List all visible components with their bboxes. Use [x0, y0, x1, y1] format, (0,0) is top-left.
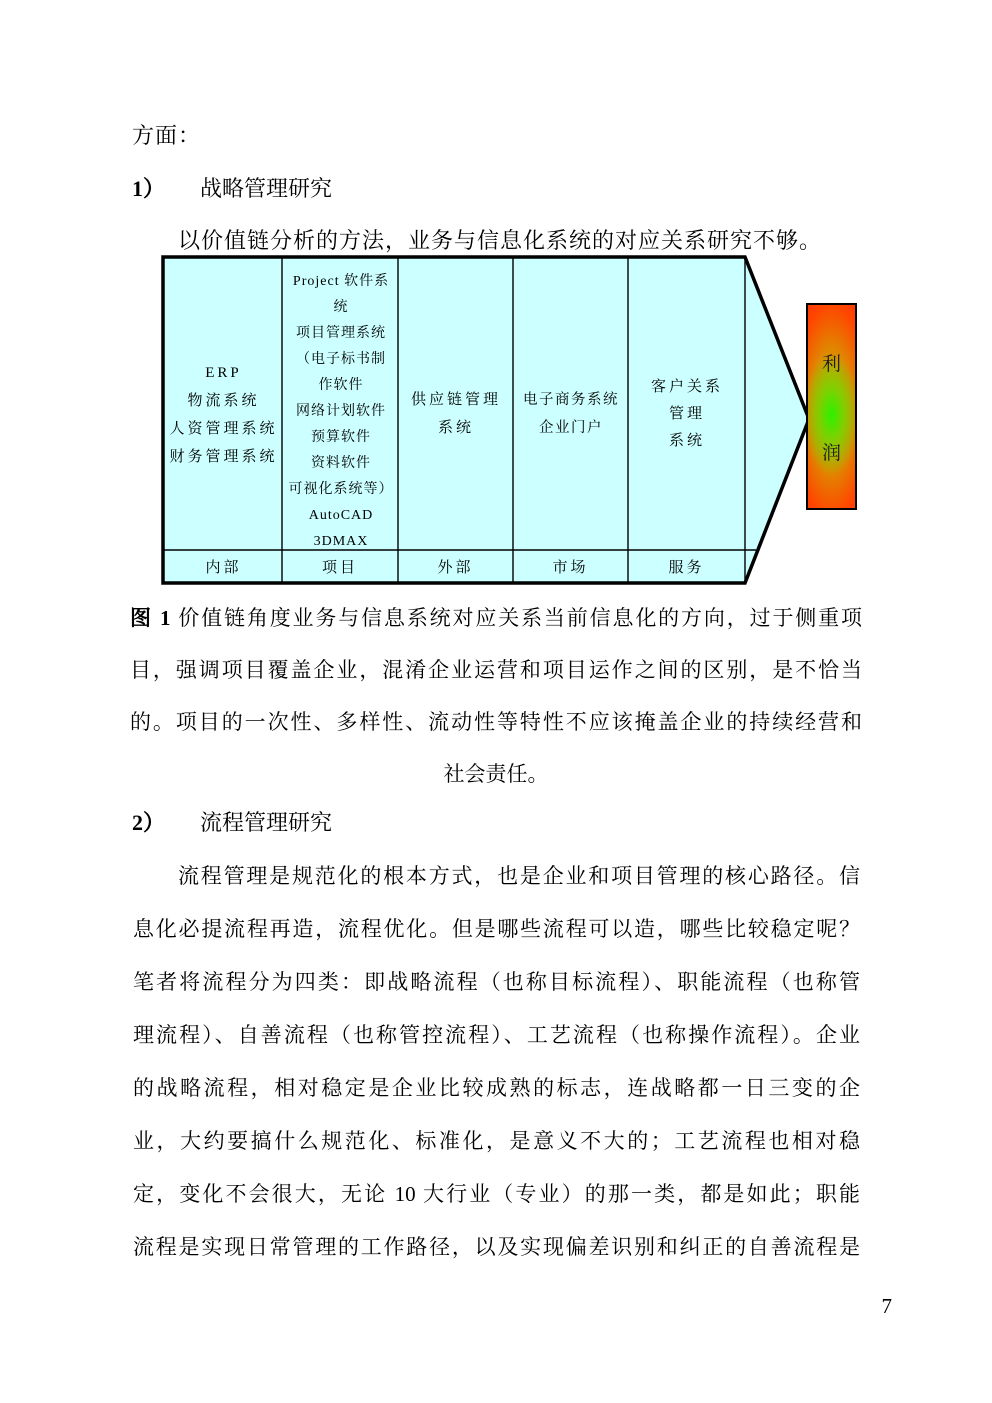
paragraph-line: 流程是实现日常管理的工作路径，以及实现偏差识别和纠正的自善流程是	[133, 1221, 860, 1274]
caption-line-2: 目，强调项目覆盖企业，混淆企业运营和项目运作之间的区别，是不恰当	[130, 644, 862, 696]
lead-text: 方面：	[132, 121, 201, 151]
profit-char-2: 润	[822, 438, 841, 465]
footer-label-internal: 内部	[165, 554, 282, 582]
cell-crm-system: 客户关系 管理 系统	[630, 374, 744, 455]
section2-paragraph: 流程管理是规范化的根本方式，也是企业和项目管理的核心路径。信 息化必提流程再造，…	[133, 850, 860, 1274]
figure-caption: 图 1价值链角度业务与信息系统对应关系当前信息化的方向，过于侧重项 目，强调项目…	[130, 592, 862, 800]
paragraph-line: 业，大约要搞什么规范化、标准化，是意义不大的；工艺流程也相对稳	[133, 1115, 860, 1168]
section1-title: 战略管理研究	[200, 176, 332, 201]
cell-ecommerce-system: 电子商务系统 企业门户	[515, 386, 627, 442]
cell-project-systems: Project 软件系 统 项目管理系统 （电子标书制 作软件 网络计划软件 预…	[285, 269, 397, 555]
footer-label-market: 市场	[513, 554, 628, 582]
caption-line-4: 社会责任。	[130, 748, 862, 800]
footer-label-project: 项目	[282, 554, 398, 582]
footer-label-external: 外部	[398, 554, 513, 582]
value-chain-figure: ERP 物流系统 人资管理系统 财务管理系统 Project 软件系 统 项目管…	[0, 254, 992, 594]
profit-char-1: 利	[822, 349, 841, 376]
cell-supply-chain-system: 供应链管理 系统	[400, 386, 512, 442]
page-number: 7	[882, 1294, 893, 1319]
document-page: 方面： 1）战略管理研究 以价值链分析的方法，业务与信息化系统的对应关系研究不够…	[0, 0, 992, 1403]
section2-title: 流程管理研究	[200, 810, 332, 835]
caption-line-1-text: 价值链角度业务与信息系统对应关系当前信息化的方向，过于侧重项	[176, 606, 862, 630]
caption-line-3: 的。项目的一次性、多样性、流动性等特性不应该掩盖企业的持续经营和	[130, 696, 862, 748]
caption-figure-label: 图 1	[130, 606, 170, 630]
paragraph-line: 定，变化不会很大，无论 10 大行业（专业）的那一类，都是如此；职能	[133, 1168, 860, 1221]
paragraph-line: 息化必提流程再造，流程优化。但是哪些流程可以造，哪些比较稳定呢？	[133, 903, 860, 956]
paragraph-line: 理流程）、自善流程（也称管控流程）、工艺流程（也称操作流程）。企业	[133, 1009, 860, 1062]
section1-intro: 以价值链分析的方法，业务与信息化系统的对应关系研究不够。	[133, 226, 873, 256]
paragraph-line: 流程管理是规范化的根本方式，也是企业和项目管理的核心路径。信	[133, 850, 860, 903]
section2-number: 2）	[132, 808, 200, 838]
section2-heading: 2）流程管理研究	[132, 808, 332, 838]
section1-heading: 1）战略管理研究	[132, 174, 332, 204]
caption-line-1: 图 1价值链角度业务与信息系统对应关系当前信息化的方向，过于侧重项	[130, 592, 862, 644]
profit-gradient-box: 利 润	[806, 303, 857, 510]
section1-number: 1）	[132, 174, 200, 204]
paragraph-line: 笔者将流程分为四类：即战略流程（也称目标流程）、职能流程（也称管	[133, 956, 860, 1009]
footer-label-service: 服务	[628, 554, 745, 582]
paragraph-line: 的战略流程，相对稳定是企业比较成熟的标志，连战略都一日三变的企	[133, 1062, 860, 1115]
cell-internal-systems: ERP 物流系统 人资管理系统 财务管理系统	[166, 359, 281, 471]
